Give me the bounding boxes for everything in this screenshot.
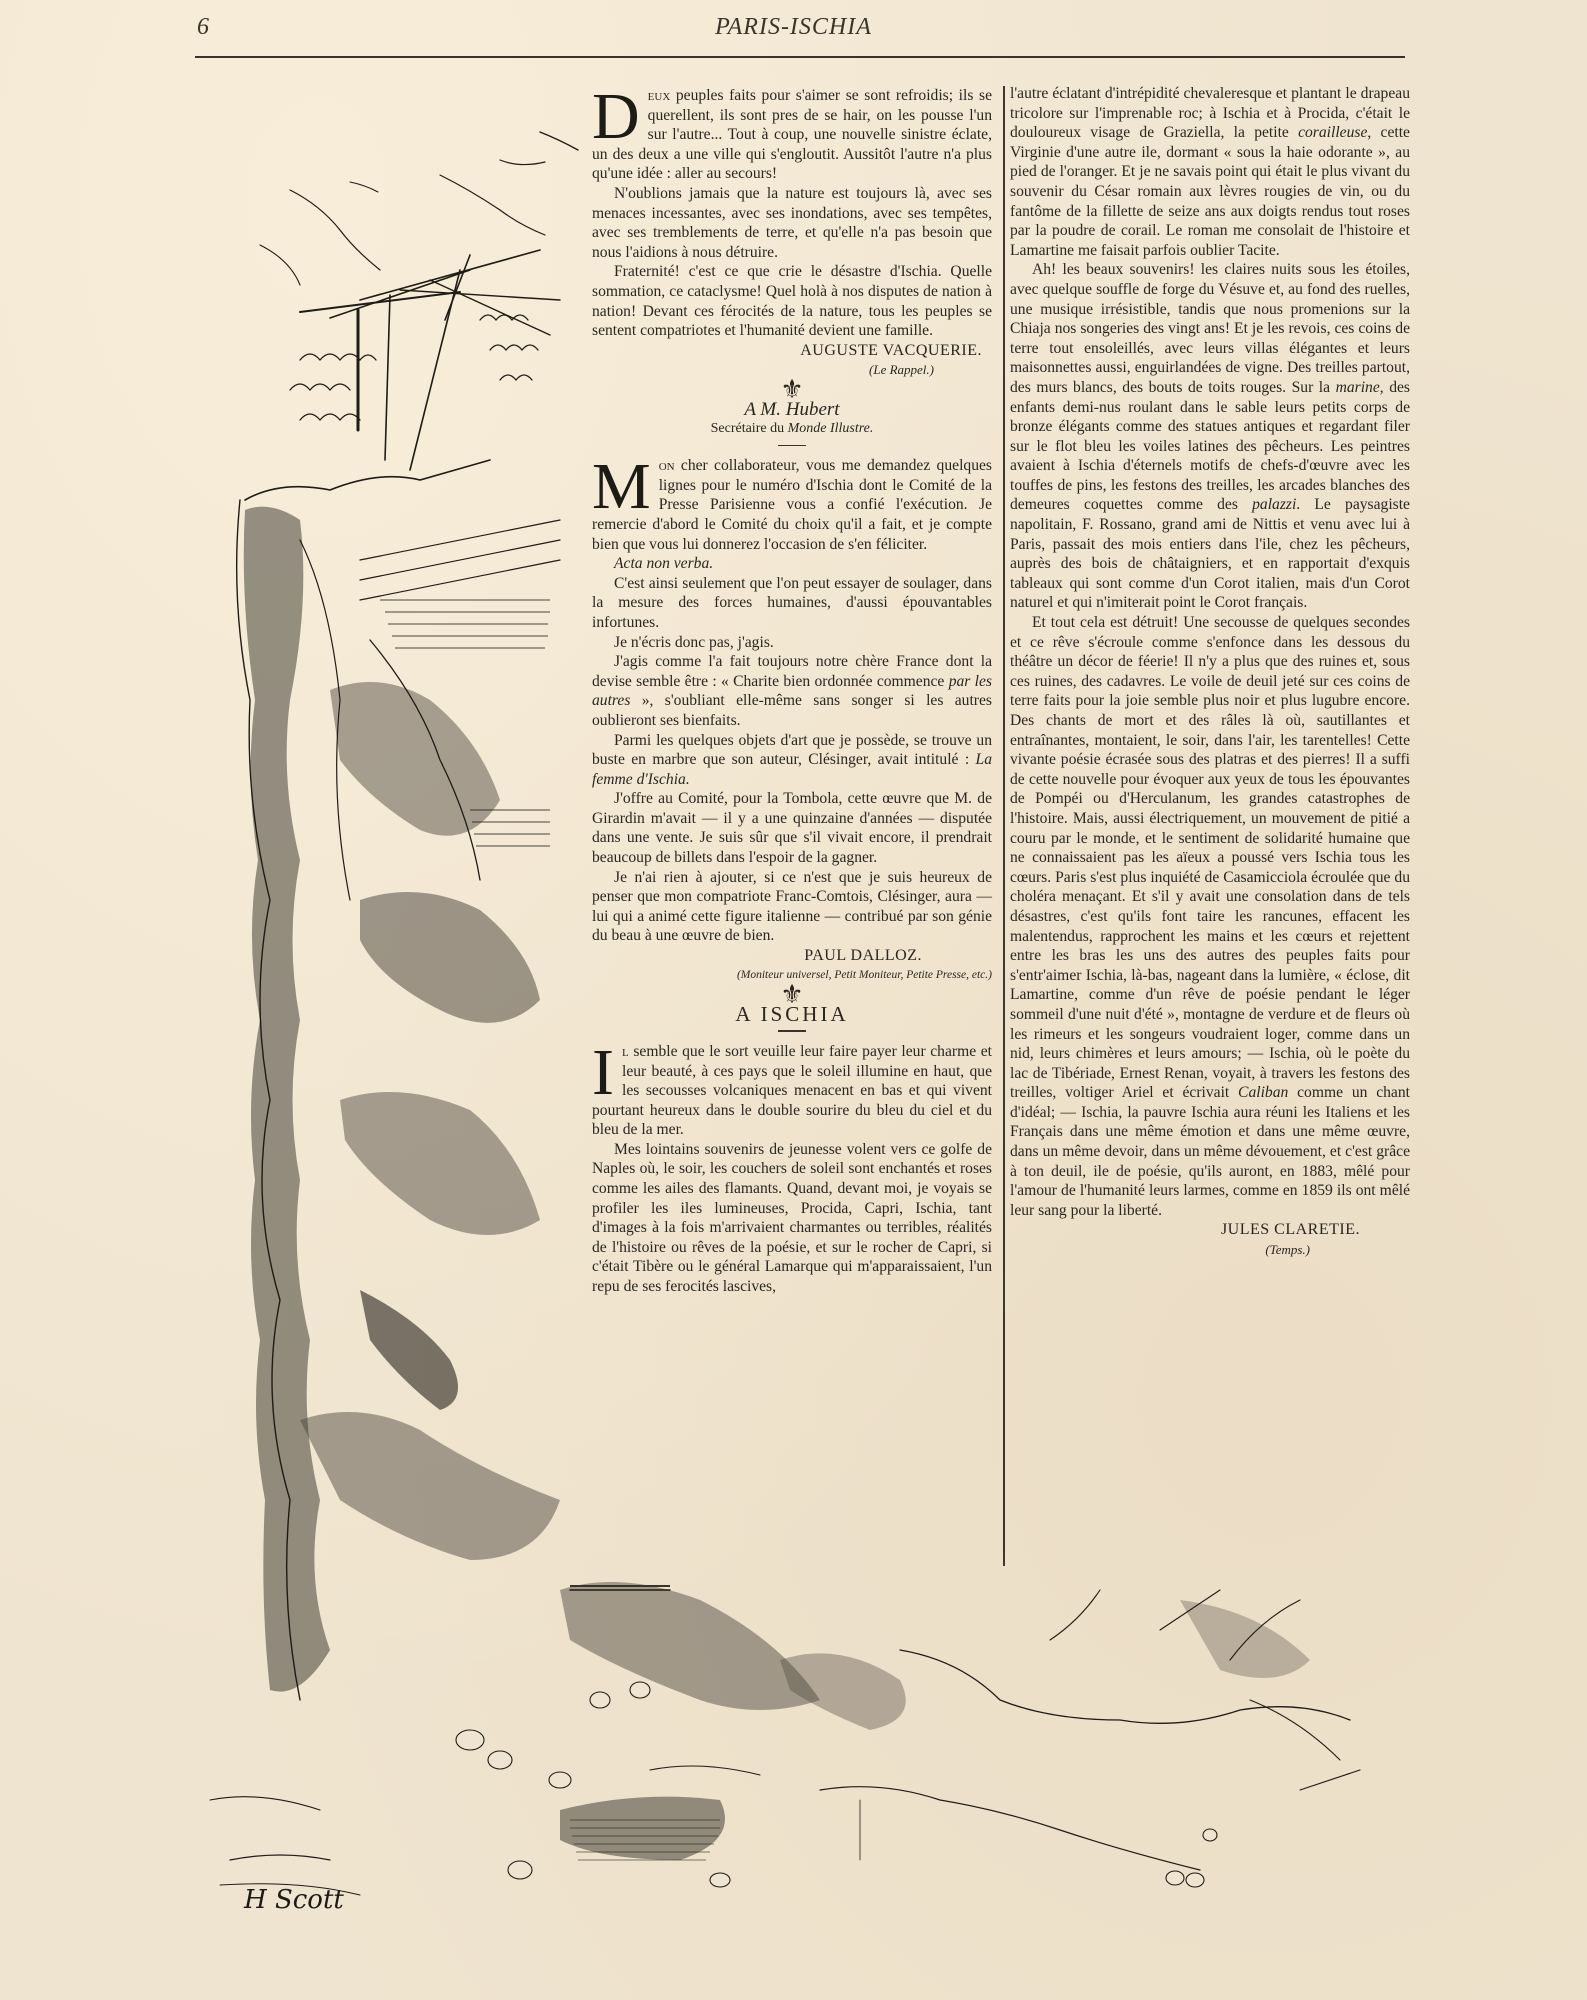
middle-column: Deux peuples faits pour s'aimer se sont … bbox=[592, 86, 992, 1297]
paragraph: Mes lointains souvenirs de jeunesse vole… bbox=[592, 1140, 992, 1297]
short-rule bbox=[778, 1030, 806, 1032]
short-rule bbox=[778, 445, 806, 447]
paragraph: Parmi les quelques objets d'art que je p… bbox=[592, 731, 992, 790]
motto: Acta non verba. bbox=[614, 555, 713, 572]
article-claretie-part2: l'autre éclatant d'intrépidité chevalere… bbox=[1010, 84, 1410, 1260]
right-column: l'autre éclatant d'intrépidité chevalere… bbox=[1010, 84, 1410, 1260]
paragraph: J'offre au Comité, pour la Tombola, cett… bbox=[592, 789, 992, 867]
author-signature: PAUL DALLOZ. bbox=[592, 946, 992, 966]
paragraph: Je n'écris donc pas, j'agis. bbox=[592, 633, 992, 653]
illustration-top-rule bbox=[570, 1585, 670, 1587]
section-title: A ISCHIA bbox=[592, 1005, 992, 1025]
author-signature: AUGUSTE VACQUERIE. bbox=[592, 341, 992, 361]
artist-signature: H Scott bbox=[244, 1885, 344, 1915]
dropcap: M bbox=[592, 460, 651, 514]
paragraph: C'est ainsi seulement que l'on peut essa… bbox=[592, 574, 992, 633]
paragraph: Fraternité! c'est ce que crie le désastr… bbox=[592, 262, 992, 340]
paragraph: cher collaborateur, vous me demandez que… bbox=[592, 457, 992, 552]
paragraph: semble que le sort veuille leur faire pa… bbox=[592, 1043, 992, 1138]
article-dalloz: A M. Hubert Secrétaire du Monde Illustre… bbox=[592, 400, 992, 1005]
article-vacquerie: Deux peuples faits pour s'aimer se sont … bbox=[592, 86, 992, 400]
paragraph: l'autre éclatant d'intrépidité chevalere… bbox=[1010, 84, 1410, 260]
paragraph: Ah! les beaux souvenirs! les claires nui… bbox=[1010, 260, 1410, 613]
dropcap: I bbox=[592, 1046, 614, 1100]
article-claretie-part1: A ISCHIA Il semble que le sort veuille l… bbox=[592, 1005, 992, 1297]
fleuron-ornament-icon: ⚜ bbox=[592, 380, 992, 400]
section-title: A M. Hubert bbox=[592, 400, 992, 420]
section-subtitle: Secrétaire du Monde Illustre. bbox=[592, 419, 992, 439]
author-signature: JULES CLARETIE. bbox=[1010, 1220, 1410, 1240]
dropcap: D bbox=[592, 90, 640, 144]
source-publication: (Temps.) bbox=[1010, 1240, 1410, 1260]
column-divider bbox=[1003, 86, 1005, 1566]
paragraph: Et tout cela est détruit! Une secousse d… bbox=[1010, 613, 1410, 1220]
paragraph: N'oublions jamais que la nature est touj… bbox=[592, 184, 992, 262]
paragraph: J'agis comme l'a fait toujours notre chè… bbox=[592, 652, 992, 730]
paragraph: Je n'ai rien à ajouter, si ce n'est que … bbox=[592, 868, 992, 946]
